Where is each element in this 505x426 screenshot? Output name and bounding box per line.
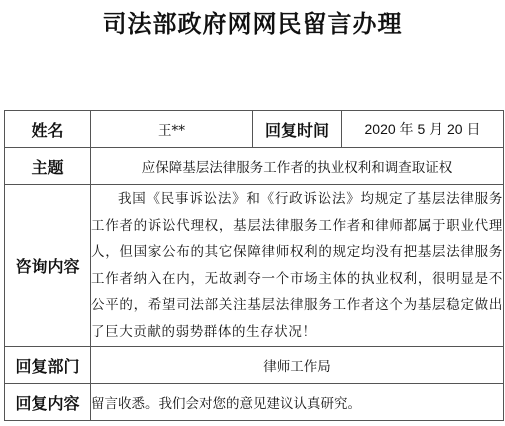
reply-time-value: 2020 年 5 月 20 日	[342, 111, 504, 148]
subject-label: 主题	[5, 148, 91, 185]
name-label: 姓名	[5, 111, 91, 148]
page-title: 司法部政府网网民留言办理	[0, 4, 505, 39]
inquiry-label: 咨询内容	[5, 185, 91, 347]
table-row-inquiry: 咨询内容 我国《民事诉讼法》和《行政诉讼法》均规定了基层法律服务工作者的诉讼代理…	[5, 185, 504, 347]
reply-time-label: 回复时间	[253, 111, 342, 148]
reply-dept-value: 律师工作局	[91, 347, 504, 384]
reply-content-label: 回复内容	[5, 384, 91, 421]
subject-value: 应保障基层法律服务工作者的执业权利和调查取证权	[91, 148, 504, 185]
name-value: 王**	[91, 111, 253, 148]
message-form-table: 姓名 王** 回复时间 2020 年 5 月 20 日 主题 应保障基层法律服务…	[4, 110, 504, 421]
reply-content-value: 留言收悉。我们会对您的意见建议认真研究。	[91, 384, 504, 421]
reply-dept-label: 回复部门	[5, 347, 91, 384]
table-row-reply-content: 回复内容 留言收悉。我们会对您的意见建议认真研究。	[5, 384, 504, 421]
table-row-name-time: 姓名 王** 回复时间 2020 年 5 月 20 日	[5, 111, 504, 148]
inquiry-content: 我国《民事诉讼法》和《行政诉讼法》均规定了基层法律服务工作者的诉讼代理权，基层法…	[91, 185, 504, 347]
table-row-subject: 主题 应保障基层法律服务工作者的执业权利和调查取证权	[5, 148, 504, 185]
table-row-reply-dept: 回复部门 律师工作局	[5, 347, 504, 384]
